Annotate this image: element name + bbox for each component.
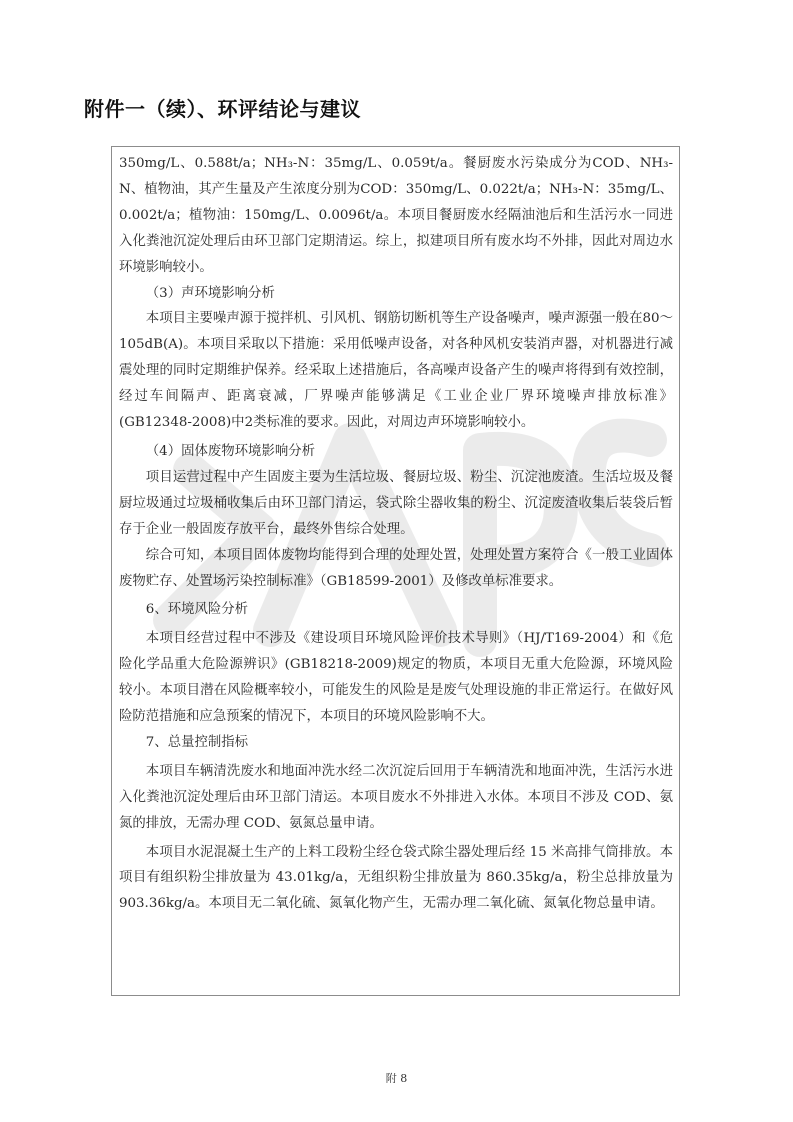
- page-title: 附件一（续）、环评结论与建议: [84, 93, 361, 122]
- page-number: 附 8: [0, 1070, 793, 1086]
- water-impact-continuation: 350mg/L、0.588t/a；NH₃-N：35mg/L、0.059t/a。餐…: [119, 151, 673, 281]
- solid-waste-body-1: 项目运营过程中产生固废主要为生活垃圾、餐厨垃圾、粉尘、沉淀池废渣。生活垃圾及餐厨…: [119, 465, 673, 543]
- noise-section-body: 本项目主要噪声源于搅拌机、引风机、钢筋切断机等生产设备噪声，噪声源强一般在80～…: [119, 306, 673, 436]
- risk-section-body: 本项目经营过程中不涉及《建设项目环境风险评价技术导则》（HJ/T169-2004…: [119, 626, 673, 730]
- content-box: 350mg/L、0.588t/a；NH₃-N：35mg/L、0.059t/a。餐…: [111, 146, 680, 996]
- solid-waste-body-2: 综合可知，本项目固体废物均能得到合理的处理处置，处理处置方案符合《一般工业固体废…: [119, 543, 673, 595]
- noise-section-heading: （3）声环境影响分析: [119, 281, 673, 307]
- total-control-body-2: 本项目水泥混凝土生产的上料工段粉尘经仓袋式除尘器处理后经 15 米高排气筒排放。…: [119, 840, 673, 918]
- solid-waste-section-heading: （4）固体废物环境影响分析: [119, 439, 673, 465]
- total-control-body-1: 本项目车辆清洗废水和地面冲洗水经二次沉淀后回用于车辆清洗和地面冲洗，生活污水进入…: [119, 759, 673, 837]
- total-control-section-heading: 7、总量控制指标: [119, 730, 673, 756]
- risk-section-heading: 6、环境风险分析: [119, 597, 673, 623]
